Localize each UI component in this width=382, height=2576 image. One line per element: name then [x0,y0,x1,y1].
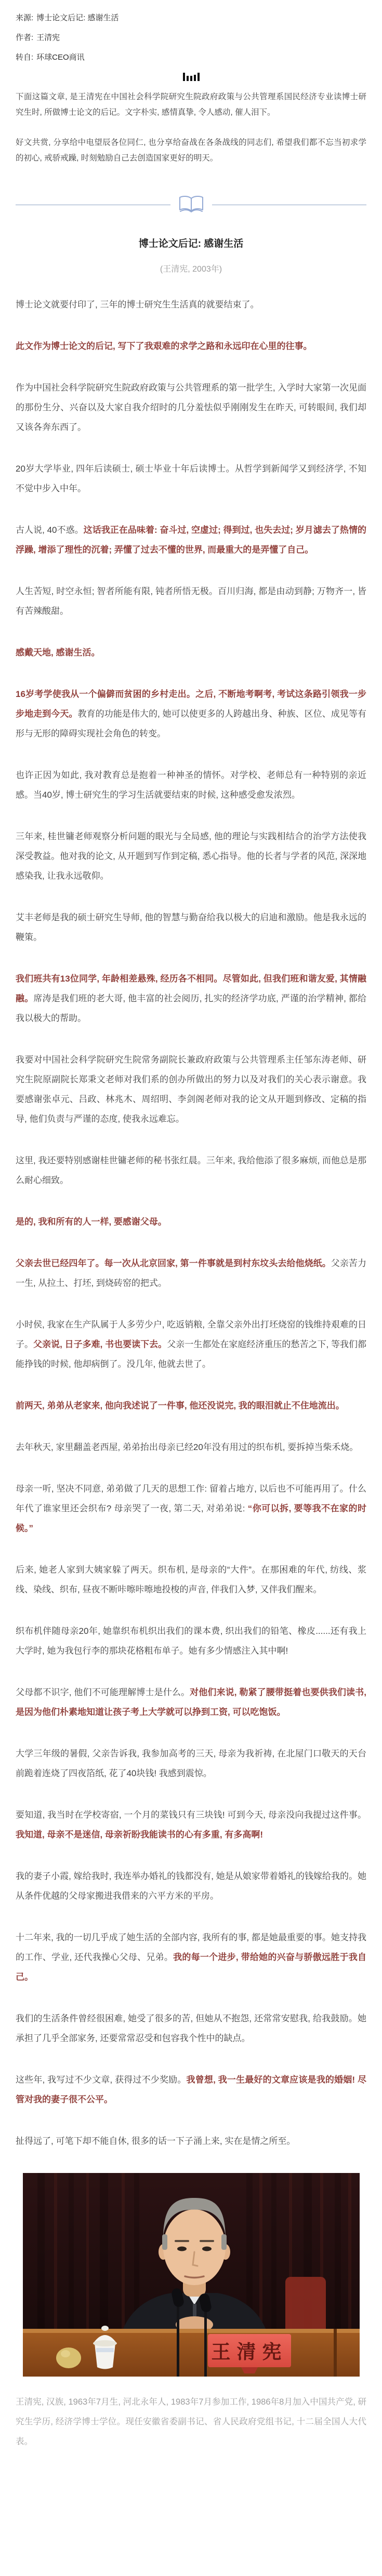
body-text: 去年秋天, 家里翻盖老西屋, 弟弟抬出母亲已经20年没有用过的织布机, 要拆掉当… [16,1442,358,1452]
body-text: 我要对中国社会科学院研究生院常务副院长兼政府政策与公共管理系主任邹东涛老师、研究… [16,1055,366,1124]
article-paragraph: 这里, 我还要特别感谢桂世镛老师的秘书张红晨。三年来, 我给他添了很多麻烦, 而… [16,1151,366,1190]
article-paragraph: 也许正因为如此, 我对教育总是抱着一种神圣的情怀。对学校、老师总有一种特别的亲近… [16,766,366,805]
meta-source-value: 博士论文后记: 感谢生活 [36,14,118,22]
emphasis-text: 感戴天地, 感谢生活。 [16,648,100,658]
article-paragraph: 作为中国社会科学院研究生院政府政策与公共管理系的第一批学生, 入学时大家第一次见… [16,378,366,437]
article-paragraph: 这些年, 我写过不少文章, 获得过不少奖励。我曾想, 我一生最好的文章应该是我的… [16,2070,366,2110]
table-top-edge [23,2329,360,2333]
emphasis-text: 父亲说, 日子多难, 书也要读下去。 [33,1339,167,1349]
body-text: 人生苦短, 时空永恒; 智者所能有限, 钝者所悟无极。百川归海, 都是由动到静;… [16,586,366,616]
body-text: 也许正因为如此, 我对教育总是抱着一种神圣的情怀。对学校、老师总有一种特别的亲近… [16,770,366,800]
fruit [56,2347,81,2368]
article-paragraph: 小时侯, 我家在生产队属于人多劳少户, 吃返销粮, 全靠父亲外出打坯烧窑的钱维持… [16,1315,366,1374]
speaker-eye-left [177,2247,187,2251]
bar-glyph [197,73,200,81]
body-text: 父母都不识字, 他们不可能理解博士是什么。 [16,1687,190,1697]
article-paragraph: 织布机伴随母亲20年, 她靠织布机织出我们的课本费, 织出我们的铅笔、橡皮...… [16,1621,366,1661]
article-paragraph: 20岁大学毕业, 四年后读硕士, 硕士毕业十年后读博士。从哲学到新闻学又到经济学… [16,459,366,499]
body-text: 席涛是我们班的老大哥, 他丰富的社会阅历, 扎实的经济学功底, 严谨的治学精神,… [16,994,366,1023]
emphasis-text: 我知道, 母亲不是迷信, 母亲祈盼我能读书的心有多重, 有多高啊! [16,1830,263,1840]
meta-author-label: 作者: [16,33,33,42]
article-paragraph: 父母都不识字, 他们不可能理解博士是什么。对他们来说, 勒紧了腰带挺着也要供我们… [16,1683,366,1722]
meta-source: 来源:博士论文后记: 感谢生活 [16,8,366,28]
article-photo: 王清宪 [23,2173,360,2377]
article-paragraph: 前两天, 弟弟从老家来, 他向我述说了一件事, 他还没说完, 我的眼泪就止不住地… [16,1396,366,1416]
mic-stand-left [177,2297,179,2377]
emphasis-text: 是的, 我和所有的人一样, 要感谢父母。 [16,1217,167,1227]
body-text: 后来, 她老人家到大姨家躲了两天。织布机, 是母亲的“大件”。在那困难的年代, … [16,1565,366,1594]
chair-back [285,2277,326,2337]
body-text: 织布机伴随母亲20年, 她靠织布机织出我们的课本费, 织出我们的铅笔、橡皮...… [16,1626,366,1656]
emphasis-text: 前两天, 弟弟从老家来, 他向我述说了一件事, 他还没说完, 我的眼泪就止不住地… [16,1401,345,1411]
intro-paragraph: 好文共赏, 分享给中电望辰各位同仁, 也分享给奋战在各条战线的同志们, 希望我们… [16,135,366,166]
body-text: 大学三年级的暑假, 父亲告诉我, 我参加高考的三天, 母亲为我祈祷, 在北屋门口… [16,1749,366,1778]
article-paragraph: 要知道, 我当时在学校寄宿, 一个月的菜钱只有三块钱! 可到今天, 母亲没向我提… [16,1805,366,1845]
cup-lid-knob [101,2326,109,2331]
article-paragraph: 艾丰老师是我的硕士研究生导师, 他的智慧与勤奋给我以极大的启迪和激励。他是我永远… [16,908,366,947]
body-text: 博士论文就要付印了, 三年的博士研究生生活真的就要结束了。 [16,300,259,310]
divider-line-left [16,205,170,205]
bar-glyph [194,75,196,81]
body-text: 这些年, 我写过不少文章, 获得过不少奖励。 [16,2075,187,2085]
bar-glyph [190,76,192,81]
article-paragraph: 扯得远了, 可笔下却不能自休, 很多的话一下子涌上来, 实在是情之所至。 [16,2131,366,2151]
meta-repost: 转自:环球CEO商讯 [16,48,366,68]
meta-author: 作者:王清宪 [16,28,366,48]
article-paragraph: 16岁考学使我从一个偏僻而贫困的乡村走出。之后, 不断地考啊考, 考试这条路引领… [16,685,366,744]
podium-photo-illustration: 王清宪 [23,2173,360,2377]
article-byline: (王清宪, 2003年) [16,262,366,274]
emphasis-text: 此文作为博士论文的后记, 写下了我艰难的求学之路和永远印在心里的往事。 [16,341,312,351]
article-title: 博士论文后记: 感谢生活 [16,236,366,250]
intro-paragraph: 下面这篇文章, 是王清宪在中国社会科学院研究生院政府政策与公共管理系国民经济专业… [16,89,366,120]
article-paragraph: 大学三年级的暑假, 父亲告诉我, 我参加高考的三天, 母亲为我祈祷, 在北屋门口… [16,1744,366,1783]
divider-line-right [212,205,367,205]
mic-stand-right [204,2302,207,2377]
body-text: 我的妻子小霞, 嫁给我时, 我连举办婚礼的钱都没有, 她是从娘家带着婚礼的钱嫁给… [16,1871,366,1901]
article-paragraph: 此文作为博士论文的后记, 写下了我艰难的求学之路和永远印在心里的往事。 [16,337,366,356]
speaker-sideburn-left [162,2234,167,2250]
fruit-highlight [61,2350,70,2357]
article-page: 来源:博士论文后记: 感谢生活 作者:王清宪 转自:环球CEO商讯 下面这篇文章… [0,0,382,2576]
body-text: 20岁大学毕业, 四年后读硕士, 硕士毕业十年后读博士。从哲学到新闻学又到经济学… [16,464,366,493]
article-paragraph: 感戴天地, 感谢生活。 [16,643,366,663]
meta-source-label: 来源: [16,14,33,22]
article-paragraph: 我要对中国社会科学院研究生院常务副院长兼政府政策与公共管理系主任邹东涛老师、研究… [16,1050,366,1129]
meta-repost-value: 环球CEO商讯 [36,53,85,62]
body-text: 古人说, 40不惑。 [16,525,84,535]
article-paragraph: 父亲去世已经四年了。每一次从北京回家, 第一件事就是到村东坟头去给他烧纸。父亲苦… [16,1254,366,1293]
body-text: 要知道, 我当时在学校寄宿, 一个月的菜钱只有三块钱! 可到今天, 母亲没向我提… [16,1810,366,1820]
table-seam [334,2329,337,2377]
article-paragraph: 后来, 她老人家到大姨家躲了两天。织布机, 是母亲的“大件”。在那困难的年代, … [16,1560,366,1600]
photo-caption: 王清宪, 汉族, 1963年7月生, 河北永年人, 1983年7月参加工作, 1… [0,2392,382,2463]
meta-repost-label: 转自: [16,53,33,62]
article-paragraph: 去年秋天, 家里翻盖老西屋, 弟弟抬出母亲已经20年没有用过的织布机, 要拆掉当… [16,1438,366,1457]
speaker-sideburn-right [221,2234,227,2250]
cup-body [95,2343,115,2369]
section-divider [16,195,366,214]
article-body: 博士论文就要付印了, 三年的博士研究生生活真的就要结束了。此文作为博士论文的后记… [0,274,382,2151]
intro-section: 下面这篇文章, 是王清宪在中国社会科学院研究生院政府政策与公共管理系国民经济专业… [0,89,382,166]
article-paragraph: 我的妻子小霞, 嫁给我时, 我连举办婚礼的钱都没有, 她是从娘家带着婚礼的钱嫁给… [16,1867,366,1906]
stats-bars-icon [0,72,382,81]
meta-author-value: 王清宪 [36,33,60,42]
cup-pattern-band [96,2348,114,2352]
bar-glyph [187,76,189,81]
body-text: 三年来, 桂世镛老师观察分析问题的眼光与全局感, 他的理论与实践相结合的治学方法… [16,831,366,881]
article-paragraph: 十二年来, 我的一切几乎成了她生活的全部内容, 我所有的事, 都是她最重要的事。… [16,1928,366,1987]
speaker-eyebrow-left [175,2240,189,2242]
speaker-eyebrow-right [200,2240,214,2242]
article-paragraph: 我们班共有13位同学, 年龄相差悬殊, 经历各不相同。尽管如此, 但我们班和谐友… [16,969,366,1028]
body-text: 艾丰老师是我的硕士研究生导师, 他的智慧与勤奋给我以极大的启迪和激励。他是我永远… [16,913,366,942]
body-text: 扯得远了, 可笔下却不能自休, 很多的话一下子涌上来, 实在是情之所至。 [16,2136,295,2146]
body-text: 我们的生活条件曾经很困难, 她受了很多的苦, 但她从不抱怨, 还常常安慰我, 给… [16,2014,366,2043]
emphasis-text: 父亲去世已经四年了。每一次从北京回家, 第一件事就是到村东坟头去给他烧纸。 [16,1258,331,1268]
open-book-icon [178,195,205,214]
name-plate-text: 王清宪 [211,2341,287,2363]
speaker-eye-right [202,2247,212,2251]
cup-lid-rim [93,2340,117,2346]
article-paragraph: 古人说, 40不惑。这话我正在品味着: 奋斗过, 空虚过; 得到过, 也失去过;… [16,520,366,560]
article-paragraph: 博士论文就要付印了, 三年的博士研究生生活真的就要结束了。 [16,295,366,315]
meta-section: 来源:博士论文后记: 感谢生活 作者:王清宪 转自:环球CEO商讯 [0,0,382,68]
body-text: 这里, 我还要特别感谢桂世镛老师的秘书张红晨。三年来, 我给他添了很多麻烦, 而… [16,1156,366,1185]
article-paragraph: 人生苦短, 时空永恒; 智者所能有限, 钝者所悟无极。百川归海, 都是由动到静;… [16,582,366,621]
article-paragraph: 三年来, 桂世镛老师观察分析问题的眼光与全局感, 他的理论与实践相结合的治学方法… [16,827,366,886]
body-text: 作为中国社会科学院研究生院政府政策与公共管理系的第一批学生, 入学时大家第一次见… [16,383,366,432]
article-paragraph: 我们的生活条件曾经很困难, 她受了很多的苦, 但她从不抱怨, 还常常安慰我, 给… [16,2009,366,2048]
article-paragraph: 母亲一听, 坚决不同意, 弟弟做了几天的思想工作: 留着占地方, 以后也不可能再… [16,1479,366,1538]
bar-glyph [183,73,185,81]
speaker-face [163,2209,226,2285]
article-paragraph: 是的, 我和所有的人一样, 要感谢父母。 [16,1212,366,1232]
